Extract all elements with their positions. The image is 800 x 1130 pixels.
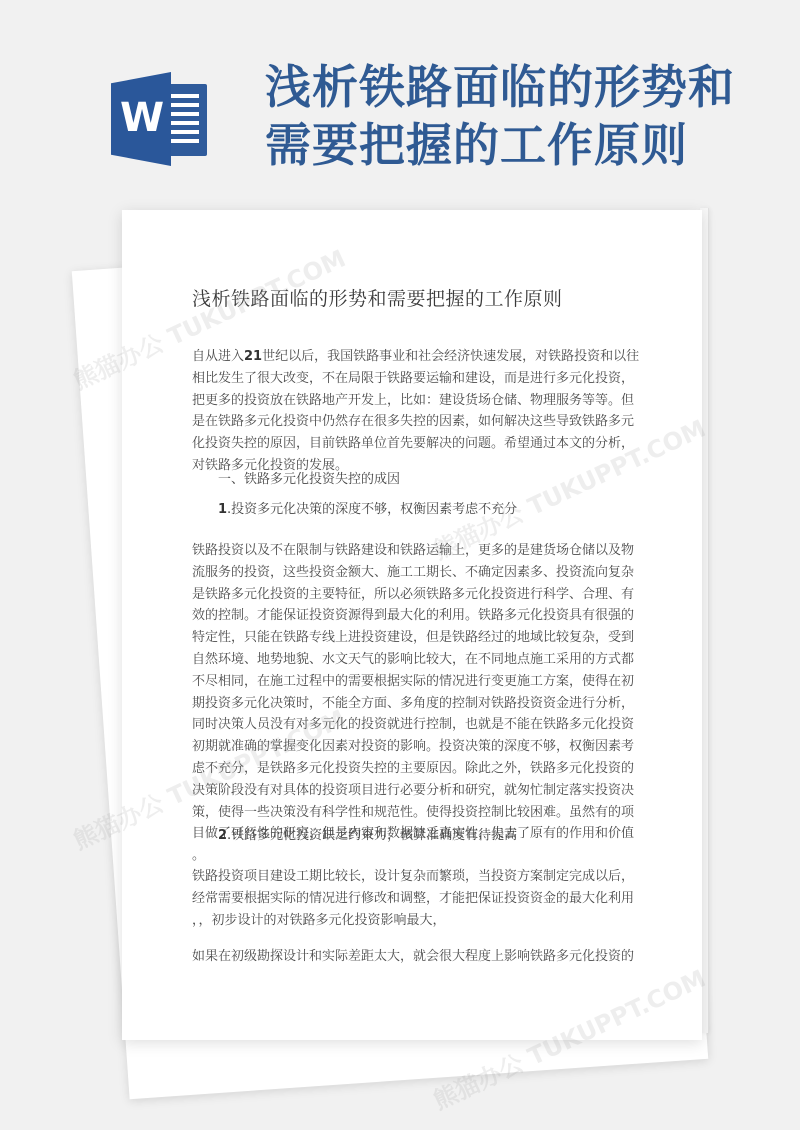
subheading-number: 2: [218, 828, 227, 843]
para-line: 虑不充分，是铁路多元化投资失控的主要原因。除此之外，铁路多元化投资的: [192, 758, 632, 780]
para-line: 是铁路多元化投资的主要特征，所以必须铁路多元化投资进行科学、合理、有: [192, 584, 632, 606]
subheading-2: 2.铁路多元化投资缺乏约束力，核算准确度有待提高: [218, 824, 517, 843]
para-line: 期投资多元化决策时，不能全方面、多角度的控制对铁路投资资金进行分析，: [192, 693, 632, 715]
century-number: 21: [244, 349, 262, 364]
intro-line: 相比发生了很大改变，不在局限于铁路要运输和建设，而是进行多元化投资，: [192, 368, 632, 390]
intro-text: 自从进入: [192, 349, 244, 364]
word-icon-letter: W: [120, 96, 164, 140]
banner-title: 浅析铁路面临的形势和 需要把握的工作原则: [265, 58, 735, 174]
para-line: 流服务的投资，这些投资金额大、施工工期长、不确定因素多、投资流向复杂: [192, 562, 632, 584]
paragraph-1: 铁路投资以及不在限制与铁路建设和铁路运输上，更多的是建货场仓储以及物 流服务的投…: [192, 540, 632, 867]
paragraph-2: 铁路投资项目建设工期比较长，设计复杂而繁琐，当投资方案制定完成以后， 经常需要根…: [192, 866, 632, 931]
para-line: 经常需要根据实际的情况进行修改和调整，才能把保证投资资金的最大化利用: [192, 888, 632, 910]
document-page: 浅析铁路面临的形势和需要把握的工作原则 自从进入21世纪以后，我国铁路事业和社会…: [122, 210, 702, 1040]
banner-title-line-1: 浅析铁路面临的形势和: [265, 58, 735, 116]
intro-line: 自从进入21世纪以后，我国铁路事业和社会经济快速发展，对铁路投资和以往: [192, 346, 632, 368]
section-heading-1: 一、铁路多元化投资失控的成因: [218, 468, 400, 487]
paragraph-3: 如果在初级勘探设计和实际差距太大，就会很大程度上影响铁路多元化投资的: [192, 946, 632, 968]
para-line: ，，初步设计的对铁路多元化投资影响最大，: [192, 910, 632, 932]
subheading-1: 1.投资多元化决策的深度不够，权衡因素考虑不充分: [218, 498, 517, 517]
subheading-number: 1: [218, 502, 227, 517]
intro-line: 是在铁路多元化投资中仍然存在很多失控的因素，如何解决这些导致铁路多元: [192, 411, 632, 433]
para-line: 初期就准确的掌握变化因素对投资的影响。投资决策的深度不够，权衡因素考: [192, 736, 632, 758]
para-line: 策，使得一些决策没有科学性和规范性。使得投资控制比较困难。虽然有的项: [192, 802, 632, 824]
document-title: 浅析铁路面临的形势和需要把握的工作原则: [192, 284, 672, 311]
word-icon-cover: W: [111, 72, 171, 166]
subheading-text: .投资多元化决策的深度不够，权衡因素考虑不充分: [227, 502, 517, 517]
para-line: 铁路投资以及不在限制与铁路建设和铁路运输上，更多的是建货场仓储以及物: [192, 540, 632, 562]
intro-text: 世纪以后，我国铁路事业和社会经济快速发展，对铁路投资和以往: [262, 349, 639, 364]
para-line: 特定性，只能在铁路专线上进投资建设，但是铁路经过的地域比较复杂，受到: [192, 627, 632, 649]
para-line: 如果在初级勘探设计和实际差距太大，就会很大程度上影响铁路多元化投资的: [192, 946, 632, 968]
para-line: 决策阶段没有对具体的投资项目进行必要分析和研究，就匆忙制定落实投资决: [192, 780, 632, 802]
para-line: 。: [192, 845, 632, 867]
intro-paragraph: 自从进入21世纪以后，我国铁路事业和社会经济快速发展，对铁路投资和以往 相比发生…: [192, 346, 632, 477]
word-icon: W: [107, 72, 211, 166]
para-line: 自然环境、地势地貌、水文天气的影响比较大，在不同地点施工采用的方式都: [192, 649, 632, 671]
banner-title-line-2: 需要把握的工作原则: [265, 116, 735, 174]
para-line: 不尽相同，在施工过程中的需要根据实际的情况进行变更施工方案，使得在初: [192, 671, 632, 693]
para-line: 同时决策人员没有对多元化的投资就进行控制，也就是不能在铁路多元化投资: [192, 714, 632, 736]
para-line: 铁路投资项目建设工期比较长，设计复杂而繁琐，当投资方案制定完成以后，: [192, 866, 632, 888]
intro-line: 把更多的投资放在铁路地产开发上，比如：建设货场仓储、物理服务等等。但: [192, 390, 632, 412]
intro-line: 化投资失控的原因，目前铁路单位首先要解决的问题。希望通过本文的分析，: [192, 433, 632, 455]
para-line: 效的控制。才能保证投资资源得到最大化的利用。铁路多元化投资具有很强的: [192, 605, 632, 627]
subheading-text: .铁路多元化投资缺乏约束力，核算准确度有待提高: [227, 828, 517, 843]
